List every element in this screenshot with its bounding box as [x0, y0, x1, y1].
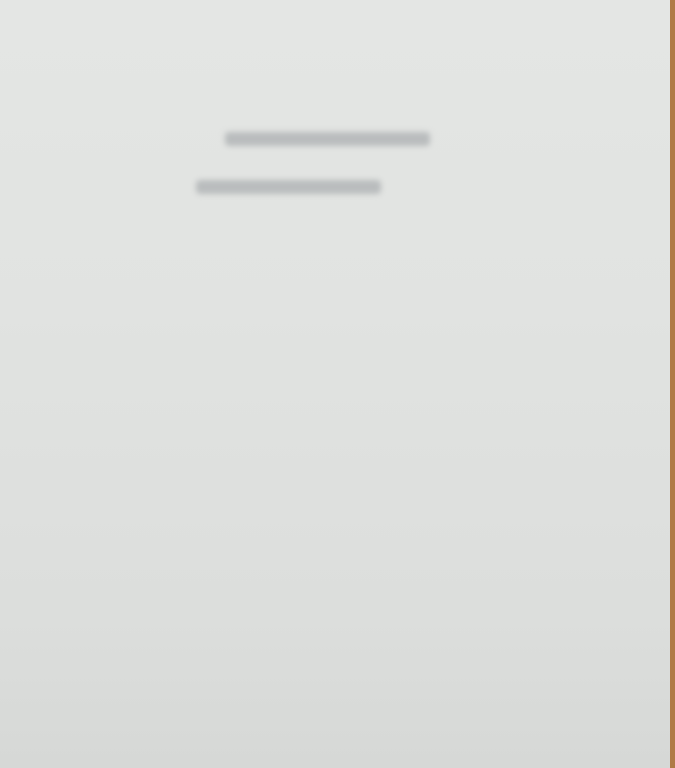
- position-redacted: [225, 129, 430, 148]
- greeting: [190, 177, 381, 196]
- recipient-redacted: [196, 180, 381, 194]
- redaction-blur: [225, 132, 430, 146]
- document-page: [0, 0, 670, 768]
